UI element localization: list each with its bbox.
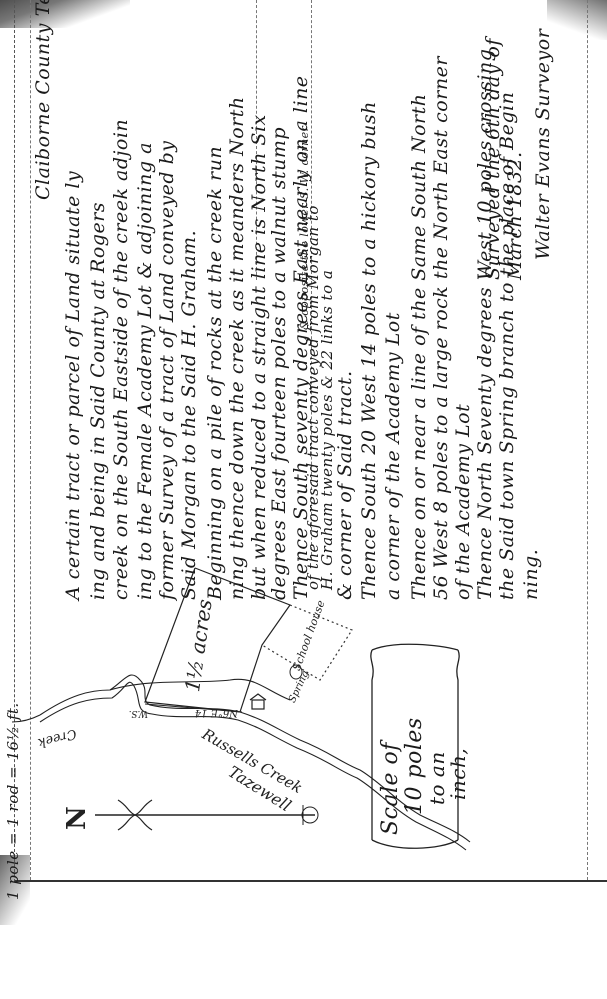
interlinear-note: & opposite the lower S. W. corner — [298, 126, 311, 330]
body-line: Beginning on a pile of rocks at the cree… — [204, 146, 226, 600]
body-line: creek on the South Eastside of the creek… — [110, 119, 132, 600]
body-line: ning thence down the creek as it meander… — [226, 96, 248, 600]
body-line: ing to the Female Academy Lot & adjoinin… — [134, 142, 156, 600]
body-line: Thence South 20 West 14 poles to a hicko… — [358, 101, 380, 600]
scale-line-1: Scale of — [378, 742, 403, 835]
body-line: degrees East fourteen poles to a walnut … — [268, 127, 290, 600]
bearing-label: N6°E 14 — [195, 707, 238, 718]
body-line: but when reduced to a straight line is N… — [248, 114, 270, 600]
survey-date-year: March 1832. — [504, 151, 526, 280]
document-heading: Claiborne County Tennessee — [32, 0, 54, 200]
tract-boundary — [145, 568, 290, 712]
survey-date-line: Surveyed the 6th day of — [482, 38, 504, 280]
body-line: Thence on or near a line of the Same Sou… — [408, 94, 430, 601]
corner-label: W.S. — [129, 708, 148, 718]
scale-line-2: 10 poles — [402, 717, 427, 815]
body-line: 56 West 8 poles to a large rock the Nort… — [430, 56, 452, 600]
surveyor-signature: Walter Evans Surveyor — [532, 29, 554, 260]
building-icon — [250, 694, 266, 709]
body-line: former Survey of a tract of Land conveye… — [156, 140, 178, 600]
north-label: N — [62, 806, 92, 830]
body-line: A certain tract or parcel of Land situat… — [62, 171, 84, 600]
scale-line-4: inch, — [446, 748, 470, 800]
scanned-document-page: 1 pole = 1 rod = 16½ ft. Claiborne Count… — [0, 0, 607, 999]
